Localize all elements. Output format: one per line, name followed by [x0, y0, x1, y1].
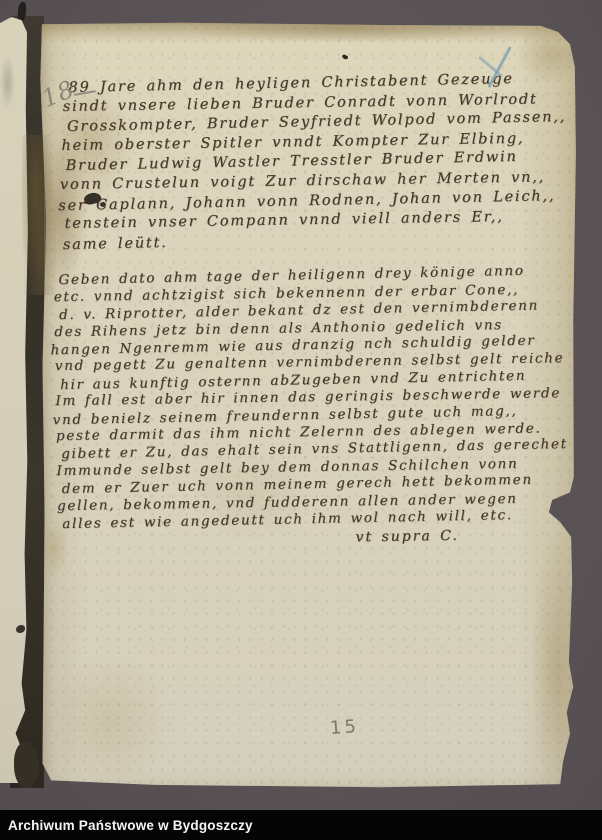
ink-blot: [341, 54, 348, 60]
archive-caption: Archiwum Państwowe w Bydgoszczy: [0, 818, 253, 833]
gutter-shadow: [14, 742, 39, 788]
manuscript-paragraph: Geben dato ahm tage der heiligenn drey k…: [58, 263, 567, 551]
manuscript-paragraph: 89 Jare ahm den heyligen Christabent Gez…: [68, 70, 563, 254]
paper-stain: [186, 16, 506, 42]
page-number-pencil: 15: [329, 716, 359, 739]
paper-stain: [44, 652, 174, 792]
ink-blot: [16, 625, 25, 633]
archive-photo-background: 89 Jare ahm den heyligen Christabent Gez…: [0, 0, 602, 840]
archive-caption-bar: Archiwum Państwowe w Bydgoszczy: [0, 810, 602, 840]
manuscript-page: 89 Jare ahm den heyligen Christabent Gez…: [36, 22, 577, 788]
paper-stain: [531, 532, 583, 802]
blue-crayon-cross-icon: [479, 42, 519, 94]
paper-stain: [0, 55, 15, 110]
manuscript-text: 89 Jare ahm den heyligen Christabent Gez…: [68, 70, 567, 552]
